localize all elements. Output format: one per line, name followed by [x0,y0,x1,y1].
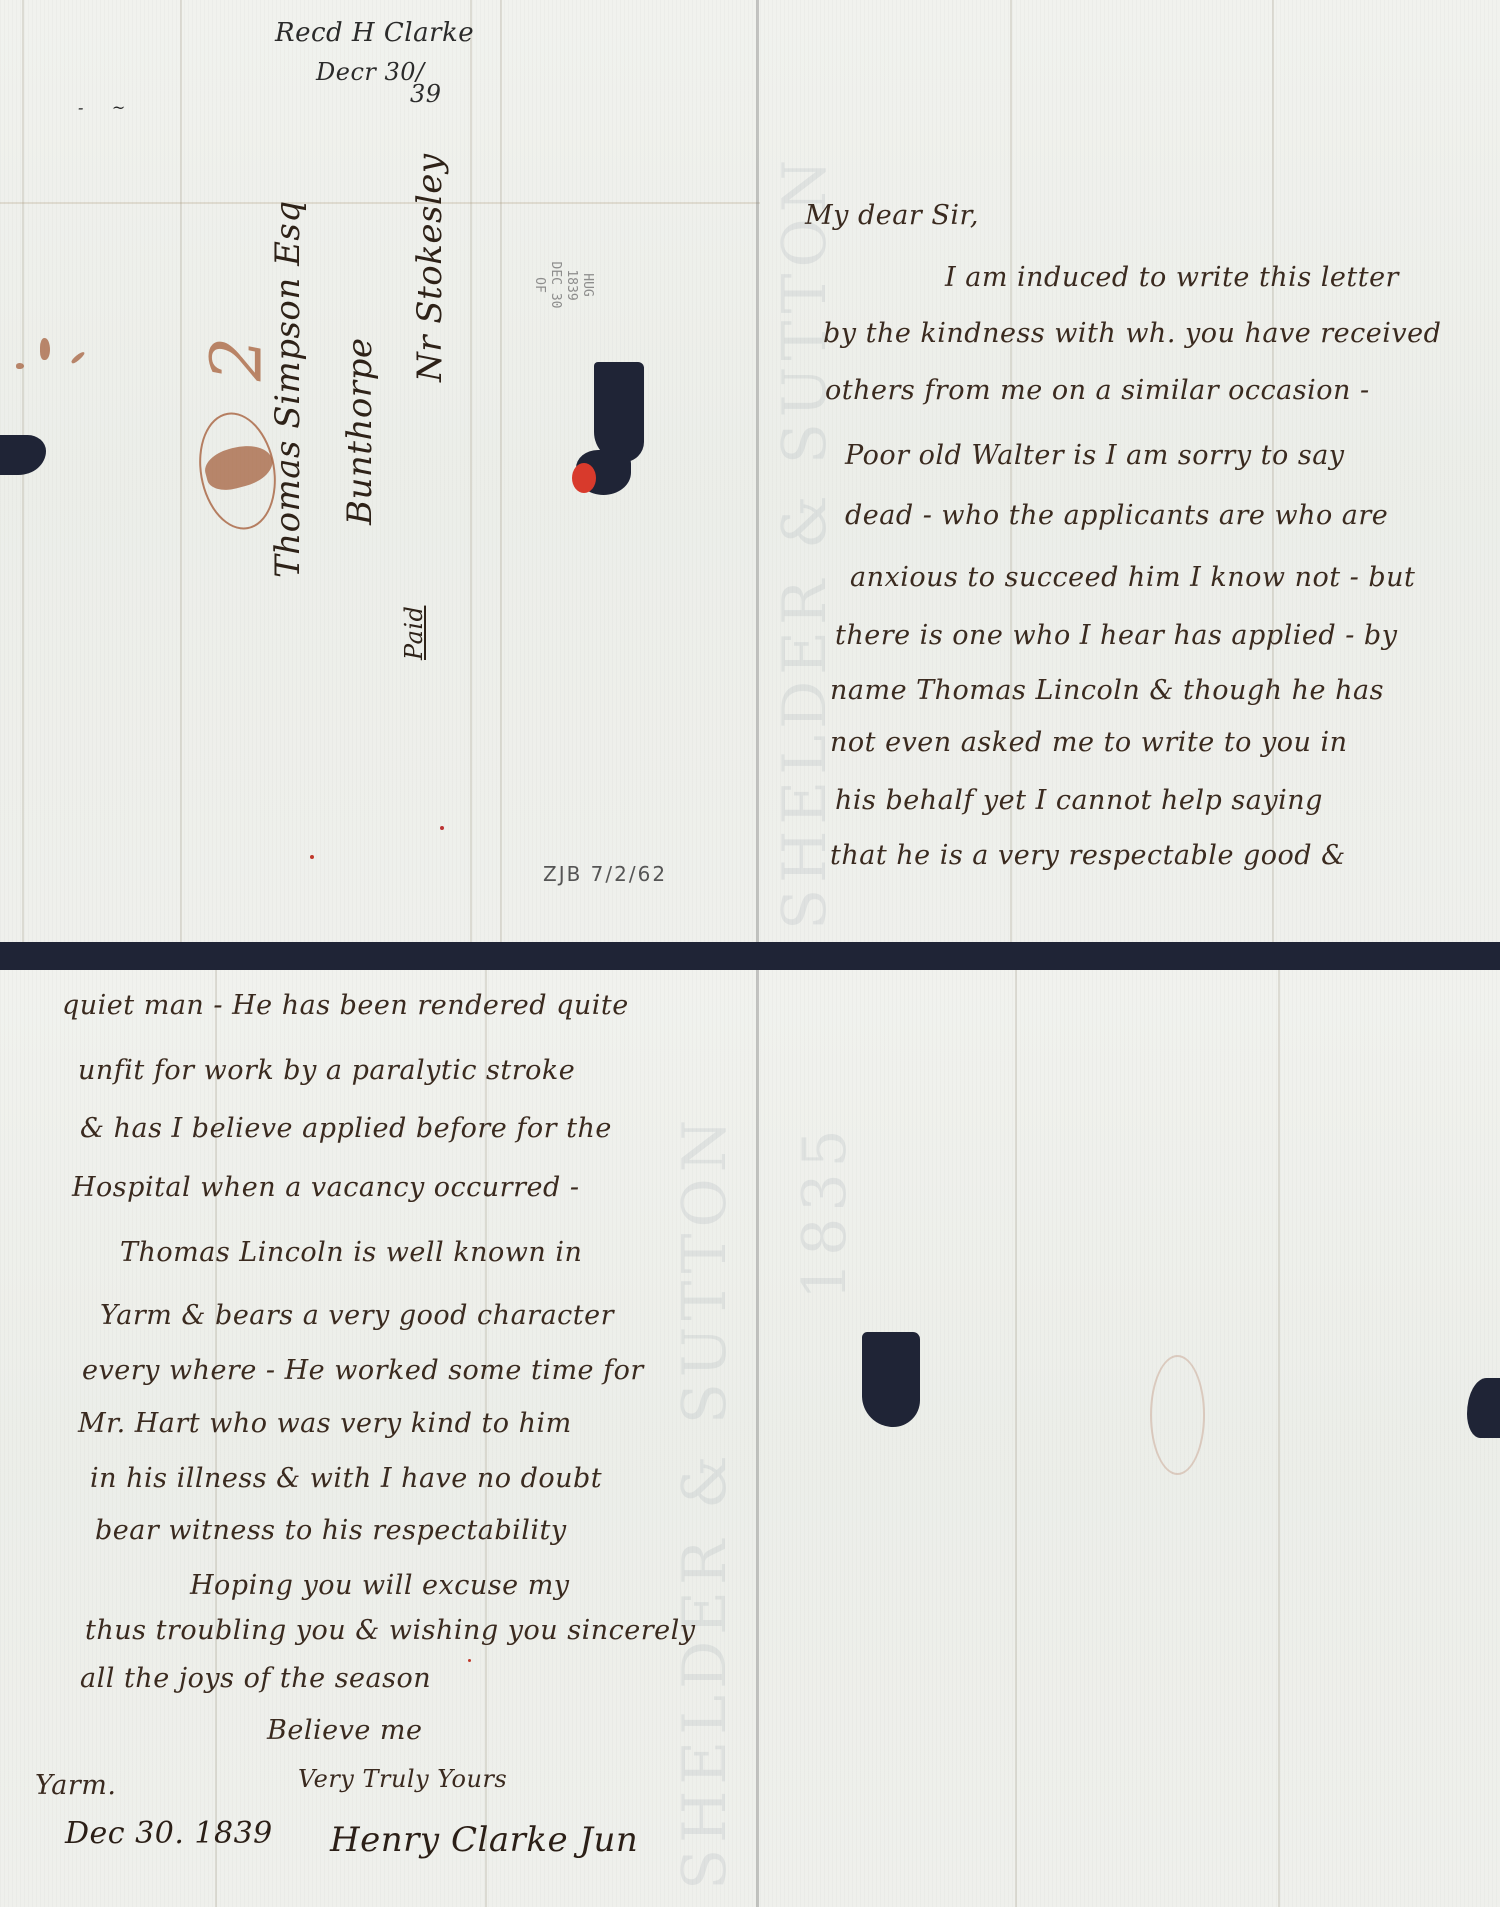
ink-marks: - ~ [78,98,126,117]
torn-hole [1467,1378,1500,1438]
fold-line [1278,970,1280,1907]
page-edge [756,0,759,942]
docket-line-1: Recd H Clarke [275,18,474,48]
letter-line: name Thomas Lincoln & though he has [830,675,1384,706]
letter-line: others from me on a similar occasion - [825,375,1370,406]
postmark-line: 1839 [563,255,579,315]
closing-line: Believe me [267,1715,422,1746]
letter-line: Hoping you will excuse my [190,1570,570,1601]
letter-line: that he is a very respectable good & [830,840,1346,871]
letter-line: in his illness & with I have no doubt [90,1463,602,1494]
dark-backing-strip [0,942,1500,970]
salutation: My dear Sir, [805,200,979,231]
fold-line [500,0,502,942]
postmark-line: OF [531,255,547,315]
postmark-line: DEC 30 [547,255,563,315]
bottom-sheet: SHELDER & SUTTON 1835 quiet man - He has… [0,970,1500,1907]
watermark-maker: SHELDER & SUTTON [670,1114,740,1890]
ink-dot [310,855,314,859]
signature: Henry Clarke Jun [330,1820,638,1860]
watermark-year: 1835 [790,1123,860,1300]
address-line-3: Nr Stokesley [410,153,450,382]
letter-line: there is one who I hear has applied - by [835,620,1397,651]
letter-line: his behalf yet I cannot help saying [835,785,1323,816]
fold-line [180,0,182,942]
letter-line: quiet man - He has been rendered quite [62,990,629,1021]
torn-hole [0,435,46,475]
watermark-maker: SHELDER & SUTTON [770,154,840,930]
letter-line: every where - He worked some time for [82,1355,644,1386]
archive-reference: ZJB 7/2/62 [543,862,667,886]
ink-dot [440,826,444,830]
paid-mark: Paid [400,606,428,660]
letter-line: I am induced to write this letter [945,262,1399,293]
letter-date: Dec 30. 1839 [65,1816,273,1851]
postmark-stamp: HUG 1839 DEC 30 OF [515,255,595,315]
address-line-1: Thomas Simpson Esq [268,200,308,578]
letter-line: Yarm & bears a very good character [100,1300,614,1331]
letter-line: unfit for work by a paralytic stroke [78,1055,575,1086]
fold-line [0,202,760,204]
letter-line: anxious to succeed him I know not - but [850,562,1415,593]
letter-line: thus troubling you & wishing you sincere… [85,1615,696,1646]
letter-line: bear witness to his respectability [95,1515,567,1546]
page-edge [756,970,759,1907]
postmark-line: HUG [579,255,595,315]
letter-line: by the kindness with wh. you have receiv… [823,318,1441,349]
docket-line-3: 39 [410,80,442,108]
offset-postage-mark [1150,1355,1205,1475]
postage-rate-mark: 2 [195,337,277,382]
letter-line: Mr. Hart who was very kind to him [78,1408,572,1439]
letter-line: all the joys of the season [80,1663,431,1694]
seal-tear-hole [594,362,644,462]
stain [16,363,24,369]
wax-seal-fragment [572,463,596,493]
letter-line: & has I believe applied before for the [80,1113,612,1144]
letter-line: not even asked me to write to you in [830,727,1348,758]
letter-line: Hospital when a vacancy occurred - [72,1172,579,1203]
top-sheet: Recd H Clarke Decr 30/ 39 - ~ 2 Thomas S… [0,0,1500,942]
fold-line [1015,970,1017,1907]
closing-line: Very Truly Yours [298,1765,507,1793]
fold-line [470,0,472,942]
letter-line: dead - who the applicants are who are [845,500,1388,531]
seal-tear-hole [862,1332,920,1427]
stain [40,338,50,360]
docket-line-2: Decr 30/ [316,58,425,86]
place-of-writing: Yarm. [35,1770,116,1801]
address-line-2: Bunthorpe [340,338,380,525]
ink-dot [468,1659,471,1662]
letter-line: Thomas Lincoln is well known in [120,1237,582,1268]
stain [70,350,85,364]
letter-line: Poor old Walter is I am sorry to say [845,440,1345,471]
